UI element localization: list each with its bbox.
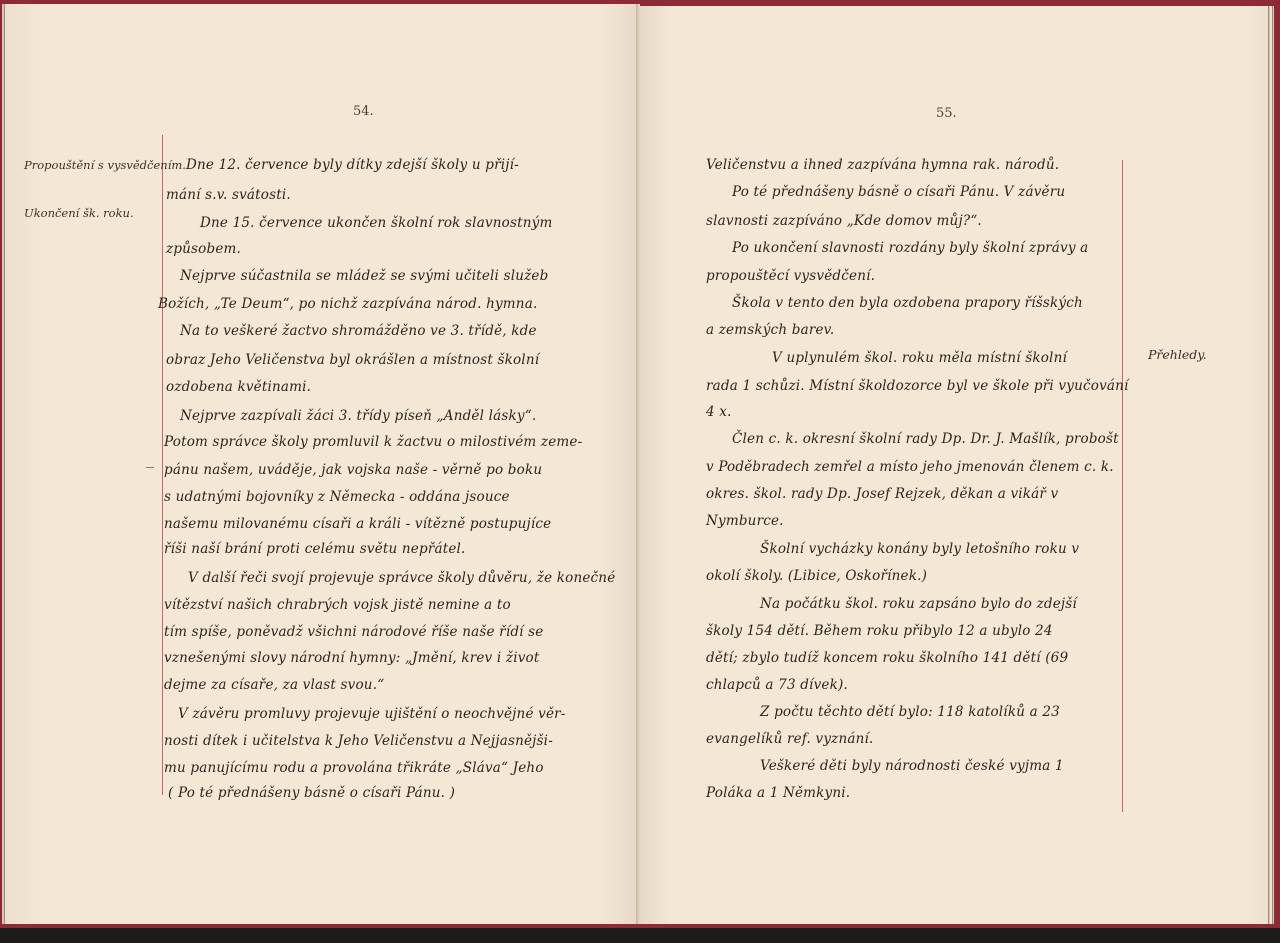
text-line: 4 x. xyxy=(706,404,732,420)
text-line: mu panujícímu rodu a provolána třikráte … xyxy=(164,760,544,776)
margin-note-left-1: Propouštění s vysvědčením. xyxy=(24,158,186,172)
text-line: Člen c. k. okresní školní rady Dp. Dr. J… xyxy=(732,431,1119,447)
text-line: Na počátku škol. roku zapsáno bylo do zd… xyxy=(760,596,1077,612)
text-line: V další řeči svojí projevuje správce ško… xyxy=(188,570,615,586)
text-line: Škola v tento den byla ozdobena prapory … xyxy=(732,295,1083,311)
text-line: V uplynulém škol. roku měla místní školn… xyxy=(772,350,1067,366)
text-line: školy 154 dětí. Během roku přibylo 12 a … xyxy=(706,623,1053,639)
margin-dash-mark xyxy=(146,467,154,468)
text-line: okres. škol. rady Dp. Josef Rejzek, děka… xyxy=(706,486,1058,502)
text-line: Školní vycházky konány byly letošního ro… xyxy=(760,541,1079,557)
text-line: Po ukončení slavnosti rozdány byly školn… xyxy=(732,240,1088,256)
text-line: mání s.v. svátosti. xyxy=(166,187,291,203)
text-line: ozdobena květinami. xyxy=(166,379,311,395)
text-line: pánu našem, uváděje, jak vojska naše - v… xyxy=(164,462,542,478)
text-line: obraz Jeho Veličenstva byl okrášlen a mí… xyxy=(166,352,539,368)
text-line: Na to veškeré žactvo shromážděno ve 3. t… xyxy=(180,323,537,339)
text-line: dětí; zbylo tudíž koncem roku školního 1… xyxy=(706,650,1068,666)
page-edges-right xyxy=(1266,6,1274,924)
text-line: tím spíše, poněvadž všichni národové říš… xyxy=(164,624,544,640)
text-line: v Poděbradech zemřel a místo jeho jmenov… xyxy=(706,459,1114,475)
text-line: našemu milovanému císaři a králi - vítěz… xyxy=(164,516,551,532)
page-number-left: 54. xyxy=(353,104,374,119)
text-line: vznešenými slovy národní hymny: „Jmění, … xyxy=(164,650,540,666)
text-line: Dne 12. července byly dítky zdejší školy… xyxy=(186,157,519,173)
text-line: okolí školy. (Libice, Oskořínek.) xyxy=(706,568,927,584)
text-line: V závěru promluvy projevuje ujištění o n… xyxy=(178,706,566,722)
margin-rule-left xyxy=(162,135,163,795)
text-line: Božích, „Te Deum“, po nichž zazpívána ná… xyxy=(158,296,537,312)
text-line: dejme za císaře, za vlast svou.“ xyxy=(164,677,384,693)
margin-note-right-1: Přehledy. xyxy=(1148,347,1207,362)
text-line: způsobem. xyxy=(166,241,241,257)
text-line: Z počtu těchto dětí bylo: 118 katolíků a… xyxy=(760,704,1060,720)
text-line: ( Po té přednášeny básně o císaři Pánu. … xyxy=(168,785,455,801)
text-line: chlapců a 73 dívek). xyxy=(706,677,848,693)
text-line: slavnosti zazpíváno „Kde domov můj?“. xyxy=(706,213,982,229)
text-line: Poláka a 1 Němkyni. xyxy=(706,785,850,801)
text-line: říši naší brání proti celému světu nepřá… xyxy=(164,541,466,557)
text-line: nosti dítek i učitelstva k Jeho Veličens… xyxy=(164,733,553,749)
text-line: vítězství našich chrabrých vojsk jistě n… xyxy=(164,597,511,613)
text-line: a zemských barev. xyxy=(706,322,834,338)
text-line: rada 1 schůzi. Místní školdozorce byl ve… xyxy=(706,378,1129,394)
margin-note-left-2: Ukončení šk. roku. xyxy=(24,206,134,220)
text-line: evangelíků ref. vyznání. xyxy=(706,731,874,747)
page-number-right: 55. xyxy=(936,106,957,121)
text-line: Veškeré děti byly národnosti české vyjma… xyxy=(760,758,1064,774)
text-line: Dne 15. července ukončen školní rok slav… xyxy=(200,215,552,231)
text-line: s udatnými bojovníky z Německa - oddána … xyxy=(164,489,510,505)
text-line: propouštěcí vysvědčení. xyxy=(706,268,875,284)
text-line: Nymburce. xyxy=(706,513,784,529)
text-line: Po té přednášeny básně o císaři Pánu. V … xyxy=(732,184,1065,200)
text-line: Nejprve súčastnila se mládež se svými uč… xyxy=(180,268,548,284)
text-line: Potom správce školy promluvil k žactvu o… xyxy=(164,434,582,450)
text-line: Veličenstvu a ihned zazpívána hymna rak.… xyxy=(706,157,1059,173)
text-line: Nejprve zazpívali žáci 3. třídy píseň „A… xyxy=(180,408,536,424)
margin-rule-right xyxy=(1122,160,1123,812)
background-surface xyxy=(0,928,1280,943)
